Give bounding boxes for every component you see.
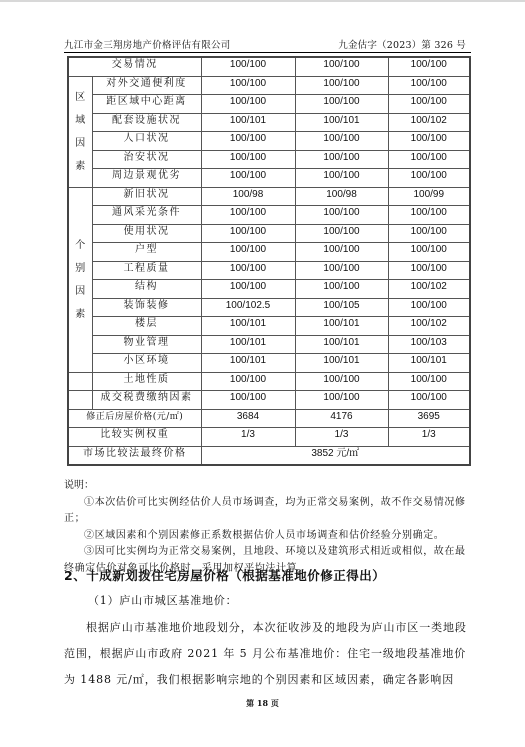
factor-value: 100/100 (388, 76, 470, 95)
factor-label: 配套设施状况 (92, 113, 201, 132)
factor-value: 100/103 (388, 335, 470, 354)
weight-value: 1/3 (295, 428, 388, 447)
factor-label: 楼层 (92, 317, 201, 336)
factor-value: 100/100 (201, 224, 295, 243)
factor-value: 100/101 (201, 335, 295, 354)
factor-value: 100/100 (295, 243, 388, 262)
factor-value: 100/100 (388, 298, 470, 317)
factor-value: 100/100 (295, 57, 388, 76)
note-item: ①本次估价可比实例经估价人员市场调查，均为正常交易案例，故不作交易情况修正； (64, 495, 474, 528)
group-label-regional: 区域因素 (68, 76, 92, 187)
factor-value: 100/100 (201, 95, 295, 114)
factor-label: 周边景观优劣 (92, 169, 201, 188)
factor-value: 100/101 (295, 113, 388, 132)
factor-value: 100/101 (388, 354, 470, 373)
factor-label: 通风采光条件 (92, 206, 201, 225)
factor-value: 100/101 (201, 354, 295, 373)
factor-value: 100/100 (201, 132, 295, 151)
weight-value: 1/3 (388, 428, 470, 447)
table-row: 使用状况100/100100/100100/100 (68, 224, 470, 243)
factor-value: 100/102.5 (201, 298, 295, 317)
factor-value: 100/100 (295, 206, 388, 225)
factor-value: 100/100 (388, 132, 470, 151)
table-row: 周边景观优劣100/100100/100100/100 (68, 169, 470, 188)
adjusted-price-row: 修正后房屋价格(元/㎡)368441763695 (68, 409, 470, 428)
factor-value: 100/101 (201, 113, 295, 132)
factor-label: 人口状况 (92, 132, 201, 151)
table-row: 交易情况100/100100/100100/100 (68, 57, 470, 76)
factor-value: 100/100 (201, 261, 295, 280)
document-number: 九金估字（2023）第 326 号 (338, 40, 466, 51)
factor-value: 100/100 (201, 206, 295, 225)
final-price-row: 市场比较法最终价格3852 元/㎡ (68, 446, 470, 465)
factor-value: 100/100 (388, 243, 470, 262)
factor-value: 100/100 (201, 391, 295, 410)
paragraph-text: 根据庐山市基准地价地段划分，本次征收涉及的地段为庐山市区一类地段范围，根据庐山市… (64, 615, 474, 693)
comparison-table: 交易情况100/100100/100100/100区域因素对外交通便利度100/… (67, 56, 471, 466)
viewer-top-edge (0, 0, 525, 2)
factor-value: 100/100 (295, 169, 388, 188)
factor-label: 成交税费缴纳因素 (92, 391, 201, 410)
factor-value: 100/100 (201, 57, 295, 76)
weight-value: 1/3 (201, 428, 295, 447)
factor-value: 100/100 (295, 76, 388, 95)
adjusted-price-value: 3684 (201, 409, 295, 428)
factor-label: 工程质量 (92, 261, 201, 280)
factor-value: 100/100 (388, 150, 470, 169)
notes-title: 说明： (64, 478, 474, 495)
factor-value: 100/105 (295, 298, 388, 317)
subsection-title: （1）庐山市城区基准地价： (88, 592, 237, 608)
factor-value: 100/102 (388, 280, 470, 299)
factor-value: 100/100 (201, 372, 295, 391)
table-row: 装饰装修100/102.5100/105100/100 (68, 298, 470, 317)
group-label-individual: 个别因素 (68, 187, 92, 372)
section-title: 2、十成新划拨住宅房屋价格（根据基准地价修正得出） (64, 566, 385, 584)
factor-value: 100/100 (295, 391, 388, 410)
factor-value: 100/100 (388, 261, 470, 280)
factor-label: 结构 (92, 280, 201, 299)
final-price-value: 3852 元/㎡ (201, 446, 470, 465)
table-row: 土地性质100/100100/100100/100 (68, 372, 470, 391)
factor-value: 100/100 (388, 57, 470, 76)
factor-label: 新旧状况 (92, 187, 201, 206)
table-row: 楼层100/101100/101100/102 (68, 317, 470, 336)
notes-block: 说明： ①本次估价可比实例经估价人员市场调查，均为正常交易案例，故不作交易情况修… (64, 478, 474, 577)
empty-group-cell (68, 372, 92, 391)
factor-label: 使用状况 (92, 224, 201, 243)
table-row: 结构100/100100/100100/102 (68, 280, 470, 299)
factor-value: 100/100 (295, 224, 388, 243)
table-row: 小区环境100/101100/101100/101 (68, 354, 470, 373)
factor-value: 100/101 (201, 317, 295, 336)
factor-value: 100/100 (388, 224, 470, 243)
factor-label: 物业管理 (92, 335, 201, 354)
adjusted-price-label: 修正后房屋价格(元/㎡) (68, 409, 201, 428)
weight-label: 比较实例权重 (68, 428, 201, 447)
factor-value: 100/100 (295, 132, 388, 151)
empty-group-cell (68, 391, 92, 410)
factor-value: 100/100 (201, 76, 295, 95)
table-row: 户型100/100100/100100/100 (68, 243, 470, 262)
factor-value: 100/102 (388, 113, 470, 132)
factor-label: 交易情况 (68, 57, 201, 76)
factor-value: 100/100 (295, 95, 388, 114)
factor-value: 100/98 (201, 187, 295, 206)
table-row: 工程质量100/100100/100100/100 (68, 261, 470, 280)
factor-value: 100/100 (295, 280, 388, 299)
table-row: 物业管理100/101100/101100/103 (68, 335, 470, 354)
table-row: 区域因素对外交通便利度100/100100/100100/100 (68, 76, 470, 95)
factor-label: 治安状况 (92, 150, 201, 169)
factor-label: 对外交通便利度 (92, 76, 201, 95)
factor-value: 100/101 (295, 335, 388, 354)
adjusted-price-value: 3695 (388, 409, 470, 428)
factor-value: 100/101 (295, 354, 388, 373)
factor-value: 100/100 (201, 280, 295, 299)
factor-value: 100/100 (295, 372, 388, 391)
factor-value: 100/100 (201, 169, 295, 188)
factor-value: 100/100 (295, 261, 388, 280)
table-row: 成交税费缴纳因素100/100100/100100/100 (68, 391, 470, 410)
factor-value: 100/100 (201, 243, 295, 262)
factor-value: 100/99 (388, 187, 470, 206)
body-paragraph: 根据庐山市基准地价地段划分，本次征收涉及的地段为庐山市区一类地段范围，根据庐山市… (64, 615, 474, 693)
note-item: ②区域因素和个别因素修正系数根据估价人员市场调查和估价经验分别确定。 (64, 528, 474, 545)
table-row: 个别因素新旧状况100/98100/98100/99 (68, 187, 470, 206)
factor-label: 距区域中心距离 (92, 95, 201, 114)
final-price-label: 市场比较法最终价格 (68, 446, 201, 465)
factor-value: 100/100 (201, 150, 295, 169)
factor-value: 100/100 (388, 95, 470, 114)
factor-label: 装饰装修 (92, 298, 201, 317)
table-row: 通风采光条件100/100100/100100/100 (68, 206, 470, 225)
factor-value: 100/100 (388, 391, 470, 410)
factor-value: 100/100 (388, 372, 470, 391)
weight-row: 比较实例权重1/31/31/3 (68, 428, 470, 447)
factor-value: 100/102 (388, 317, 470, 336)
factor-label: 户型 (92, 243, 201, 262)
company-name: 九江市金三翔房地产价格评估有限公司 (64, 40, 231, 51)
table-row: 配套设施状况100/101100/101100/102 (68, 113, 470, 132)
factor-value: 100/101 (295, 317, 388, 336)
table-row: 人口状况100/100100/100100/100 (68, 132, 470, 151)
factor-value: 100/98 (295, 187, 388, 206)
factor-value: 100/100 (388, 206, 470, 225)
page-number: 第 18 页 (0, 698, 525, 709)
factor-value: 100/100 (388, 169, 470, 188)
table-row: 治安状况100/100100/100100/100 (68, 150, 470, 169)
table-row: 距区域中心距离100/100100/100100/100 (68, 95, 470, 114)
factor-label: 小区环境 (92, 354, 201, 373)
factor-value: 100/100 (295, 150, 388, 169)
page-header: 九江市金三翔房地产价格评估有限公司 九金估字（2023）第 326 号 (64, 40, 471, 53)
factor-label: 土地性质 (92, 372, 201, 391)
adjusted-price-value: 4176 (295, 409, 388, 428)
